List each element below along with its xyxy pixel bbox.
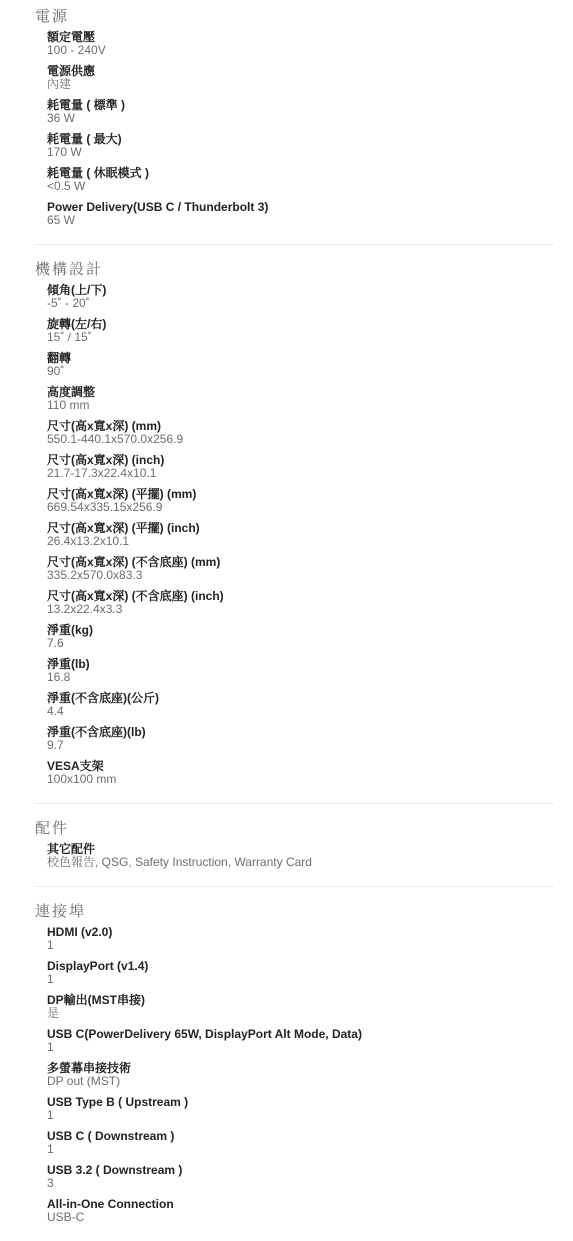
- spec-label: 翻轉: [47, 352, 554, 365]
- section-title: 機構設計: [35, 261, 554, 279]
- spec-item: USB C ( Downstream )1: [47, 1130, 554, 1156]
- spec-value: 內建: [47, 78, 554, 91]
- spec-value: 1: [47, 1143, 554, 1156]
- spec-label: 淨重(不含底座)(公斤): [47, 692, 554, 705]
- spec-label: 電源供應: [47, 65, 554, 78]
- spec-item: 額定電壓100 - 240V: [47, 31, 554, 57]
- spec-label: 額定電壓: [47, 31, 554, 44]
- spec-value: 110 mm: [47, 399, 554, 412]
- spec-item: 傾角(上/下)-5˚ - 20˚: [47, 284, 554, 310]
- spec-item: 淨重(lb)16.8: [47, 658, 554, 684]
- spec-item: DP輸出(MST串接)是: [47, 994, 554, 1020]
- spec-item: DisplayPort (v1.4)1: [47, 960, 554, 986]
- spec-value: 100x100 mm: [47, 773, 554, 786]
- section-title: 配件: [35, 820, 554, 838]
- spec-value: 550.1-440.1x570.0x256.9: [47, 433, 554, 446]
- spec-item: VESA支架100x100 mm: [47, 760, 554, 786]
- spec-item: 電源供應內建: [47, 65, 554, 91]
- section-title: 電源: [35, 8, 554, 26]
- spec-item: 耗電量 ( 休眠模式 )<0.5 W: [47, 167, 554, 193]
- spec-value: USB-C: [47, 1211, 554, 1224]
- spec-value: 7.6: [47, 637, 554, 650]
- spec-label: 高度調整: [47, 386, 554, 399]
- spec-label: 多螢幕串接技術: [47, 1062, 554, 1075]
- spec-value: 1: [47, 1041, 554, 1054]
- spec-value: 335.2x570.0x83.3: [47, 569, 554, 582]
- spec-item: 多螢幕串接技術DP out (MST): [47, 1062, 554, 1088]
- spec-item: 尺寸(高x寬x深) (mm)550.1-440.1x570.0x256.9: [47, 420, 554, 446]
- spec-label: HDMI (v2.0): [47, 926, 554, 939]
- spec-value: DP out (MST): [47, 1075, 554, 1088]
- section-title: 連接埠: [35, 903, 554, 921]
- spec-item: Power Delivery(USB C / Thunderbolt 3)65 …: [47, 201, 554, 227]
- spec-label: 尺寸(高x寬x深) (不含底座) (inch): [47, 590, 554, 603]
- spec-item: 其它配件校色報告, QSG, Safety Instruction, Warra…: [47, 843, 554, 869]
- spec-label: DP輸出(MST串接): [47, 994, 554, 1007]
- spec-label: 耗電量 ( 最大): [47, 133, 554, 146]
- spec-item: 高度調整110 mm: [47, 386, 554, 412]
- spec-item: 耗電量 ( 標準 )36 W: [47, 99, 554, 125]
- spec-label: 淨重(lb): [47, 658, 554, 671]
- spec-value: 是: [47, 1007, 554, 1020]
- spec-item: 尺寸(高x寬x深) (平擺) (mm)669.54x335.15x256.9: [47, 488, 554, 514]
- spec-item: 翻轉90˚: [47, 352, 554, 378]
- spec-label: 耗電量 ( 標準 ): [47, 99, 554, 112]
- spec-value: 13.2x22.4x3.3: [47, 603, 554, 616]
- spec-item: All-in-One ConnectionUSB-C: [47, 1198, 554, 1224]
- spec-section: 電源額定電壓100 - 240V電源供應內建耗電量 ( 標準 )36 W耗電量 …: [34, 0, 554, 245]
- spec-label: 淨重(不含底座)(lb): [47, 726, 554, 739]
- spec-value: 100 - 240V: [47, 44, 554, 57]
- spec-item: 淨重(kg)7.6: [47, 624, 554, 650]
- spec-label: 旋轉(左/右): [47, 318, 554, 331]
- spec-label: 傾角(上/下): [47, 284, 554, 297]
- spec-value: 170 W: [47, 146, 554, 159]
- spec-value: 65 W: [47, 214, 554, 227]
- spec-label: USB C ( Downstream ): [47, 1130, 554, 1143]
- spec-item: 尺寸(高x寬x深) (平擺) (inch)26.4x13.2x10.1: [47, 522, 554, 548]
- spec-item: 耗電量 ( 最大)170 W: [47, 133, 554, 159]
- spec-item: 淨重(不含底座)(lb)9.7: [47, 726, 554, 752]
- spec-item: 尺寸(高x寬x深) (不含底座) (inch)13.2x22.4x3.3: [47, 590, 554, 616]
- spec-label: Power Delivery(USB C / Thunderbolt 3): [47, 201, 554, 214]
- spec-label: All-in-One Connection: [47, 1198, 554, 1211]
- spec-item: USB 3.2 ( Downstream )3: [47, 1164, 554, 1190]
- spec-item: 尺寸(高x寬x深) (不含底座) (mm)335.2x570.0x83.3: [47, 556, 554, 582]
- spec-value: 15˚ / 15˚: [47, 331, 554, 344]
- spec-label: 耗電量 ( 休眠模式 ): [47, 167, 554, 180]
- spec-value: 1: [47, 939, 554, 952]
- spec-value: 1: [47, 973, 554, 986]
- spec-item: USB Type B ( Upstream )1: [47, 1096, 554, 1122]
- spec-value: 26.4x13.2x10.1: [47, 535, 554, 548]
- spec-label: VESA支架: [47, 760, 554, 773]
- spec-label: 淨重(kg): [47, 624, 554, 637]
- spec-label: USB 3.2 ( Downstream ): [47, 1164, 554, 1177]
- spec-value: 21.7-17.3x22.4x10.1: [47, 467, 554, 480]
- spec-value: 9.7: [47, 739, 554, 752]
- spec-item: HDMI (v2.0)1: [47, 926, 554, 952]
- spec-item: USB C(PowerDelivery 65W, DisplayPort Alt…: [47, 1028, 554, 1054]
- spec-value: 669.54x335.15x256.9: [47, 501, 554, 514]
- spec-section: 配件其它配件校色報告, QSG, Safety Instruction, War…: [34, 804, 554, 887]
- spec-value: <0.5 W: [47, 180, 554, 193]
- spec-value: 4.4: [47, 705, 554, 718]
- spec-value: 3: [47, 1177, 554, 1190]
- spec-section: 連接埠HDMI (v2.0)1DisplayPort (v1.4)1DP輸出(M…: [34, 887, 554, 1241]
- spec-label: USB Type B ( Upstream ): [47, 1096, 554, 1109]
- spec-value: 16.8: [47, 671, 554, 684]
- spec-value: 校色報告, QSG, Safety Instruction, Warranty …: [47, 856, 554, 869]
- spec-value: -5˚ - 20˚: [47, 297, 554, 310]
- spec-value: 36 W: [47, 112, 554, 125]
- spec-item: 淨重(不含底座)(公斤)4.4: [47, 692, 554, 718]
- spec-item: 旋轉(左/右)15˚ / 15˚: [47, 318, 554, 344]
- spec-value: 90˚: [47, 365, 554, 378]
- spec-page: 電源額定電壓100 - 240V電源供應內建耗電量 ( 標準 )36 W耗電量 …: [0, 0, 573, 1241]
- spec-label: USB C(PowerDelivery 65W, DisplayPort Alt…: [47, 1028, 554, 1041]
- spec-section: 機構設計傾角(上/下)-5˚ - 20˚旋轉(左/右)15˚ / 15˚翻轉90…: [34, 245, 554, 804]
- spec-label: DisplayPort (v1.4): [47, 960, 554, 973]
- spec-item: 尺寸(高x寬x深) (inch)21.7-17.3x22.4x10.1: [47, 454, 554, 480]
- spec-value: 1: [47, 1109, 554, 1122]
